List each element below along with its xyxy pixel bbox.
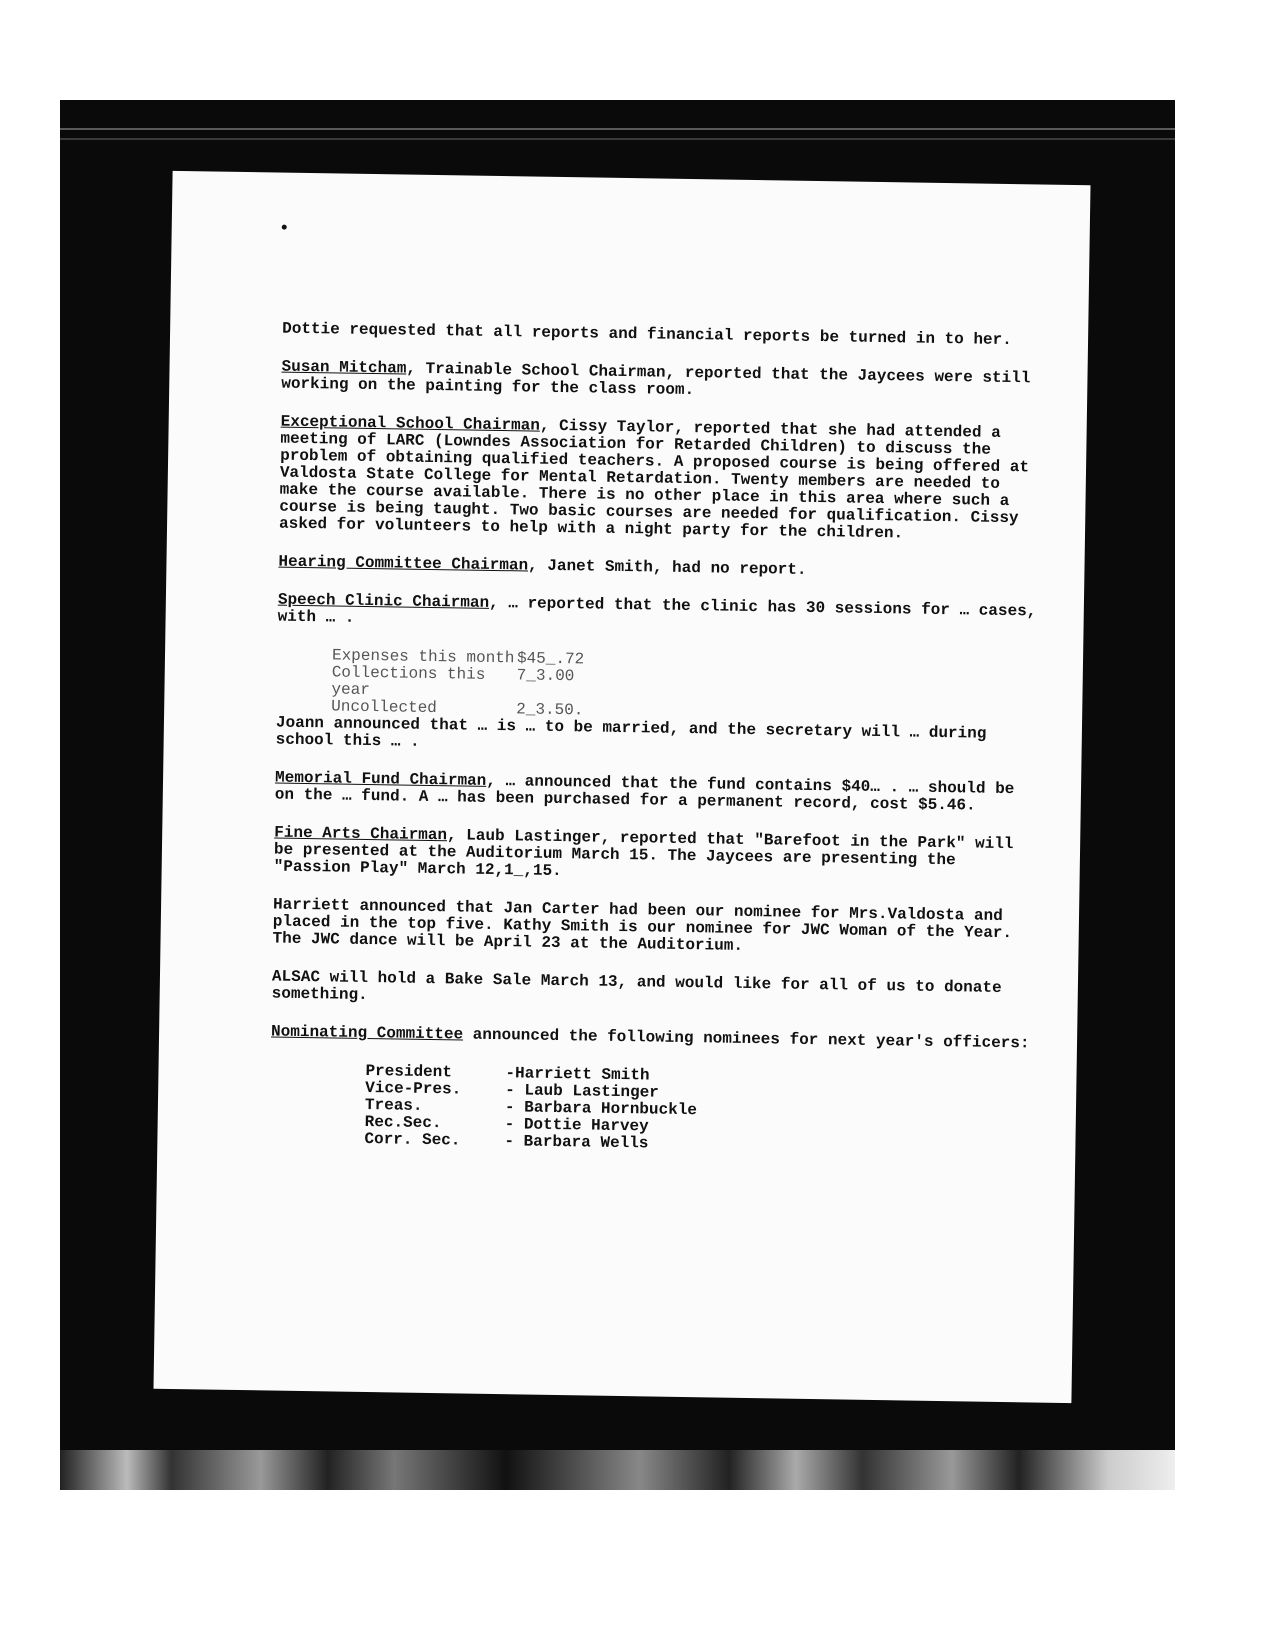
paragraph-group: Dottie requested that all reports and fi… (277, 321, 1042, 638)
figure-label: Collections this year (331, 664, 517, 701)
minutes-text: Dottie requested that all reports and fi… (269, 321, 1042, 1159)
paragraph: ALSAC will hold a Bake Sale March 13, an… (272, 969, 1032, 1015)
paragraph: Memorial Fund Chairman, … announced that… (275, 770, 1035, 816)
film-edge (60, 1450, 1175, 1490)
paragraph: Susan Mitcham, Trainable School Chairman… (281, 359, 1041, 405)
officer-role: Corr. Sec. (364, 1131, 504, 1150)
document-page: Dottie requested that all reports and fi… (153, 171, 1090, 1403)
paragraph-lead: Nominating Committee (271, 1023, 463, 1044)
paragraph-text: announced the following nominees for nex… (463, 1026, 1030, 1053)
paragraph: Fine Arts Chairman, Laub Lastinger, repo… (274, 825, 1035, 888)
paragraph: Exceptional School Chairman, Cissy Taylo… (279, 414, 1041, 545)
paragraph-text: , Cissy Taylor, reported that she had at… (279, 417, 1039, 543)
scan-streak (60, 128, 1175, 130)
speck (282, 225, 287, 230)
paragraph-text: ALSAC will hold a Bake Sale March 13, an… (272, 968, 1012, 1005)
figure-value: 7_3.00 (516, 667, 574, 702)
speech-clinic-figures: Expenses this month$45_.72Collections th… (331, 647, 1037, 726)
paragraph-group: Joann announced that … is … to be marrie… (271, 715, 1036, 1053)
paragraph: Dottie requested that all reports and fi… (282, 321, 1042, 350)
paragraph: Speech Clinic Chairman, … reported that … (277, 592, 1037, 638)
scan-streak (60, 138, 1175, 140)
paragraph: Hearing Committee Chairman, Janet Smith,… (278, 554, 1038, 583)
paragraph-text: Dottie requested that all reports and fi… (282, 320, 1012, 349)
paragraph: Harriett announced that Jan Carter had b… (272, 897, 1033, 960)
paragraph: Nominating Committee announced the follo… (271, 1024, 1031, 1053)
officer-name: - Barbara Wells (504, 1133, 648, 1152)
officer-nominees: President-Harriett SmithVice-Pres.- Laub… (364, 1063, 1030, 1158)
paragraph-text: , Janet Smith, had no report. (528, 556, 807, 578)
paragraph-lead: Hearing Committee Chairman (278, 553, 528, 575)
paragraph-text: Harriett announced that Jan Carter had b… (272, 896, 1021, 955)
